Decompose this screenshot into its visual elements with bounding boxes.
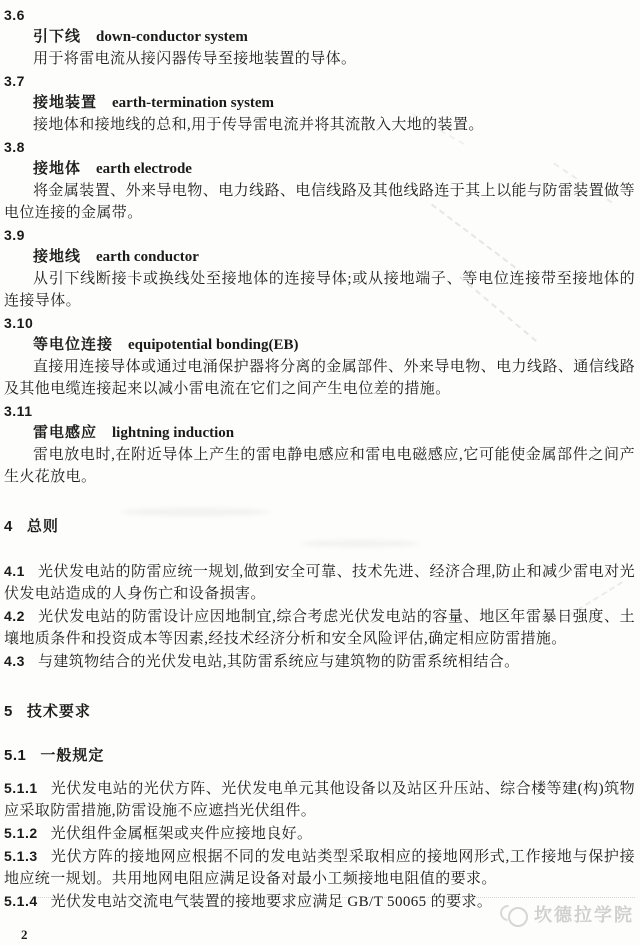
definition-number: 3.7 bbox=[4, 70, 635, 92]
section-heading: 4总则 bbox=[4, 516, 635, 538]
clause-number: 5.1.1 bbox=[4, 780, 38, 796]
scan-artifact-smudge bbox=[300, 540, 420, 547]
definition-block-3-8: 3.8 接地体earth electrode 将金属装置、外来导电物、电力线路、… bbox=[4, 136, 635, 224]
definition-number: 3.8 bbox=[4, 136, 635, 158]
term-english: earth-termination system bbox=[112, 95, 274, 111]
clause-4-3: 4.3与建筑物结合的光伏发电站,其防雷系统应与建筑物的防雷系统相结合。 bbox=[4, 650, 635, 673]
section-number: 4 bbox=[4, 518, 13, 535]
definition-number: 3.9 bbox=[4, 224, 635, 246]
clause-5-1-3: 5.1.3光伏方阵的接地网应根据不同的发电站类型采取相应的接地网形式,工作接地与… bbox=[4, 845, 635, 890]
term-english: equipotential bonding(EB) bbox=[128, 337, 298, 353]
section-title: 总则 bbox=[27, 518, 59, 535]
definition-description: 直接用连接导体或通过电涌保护器将分离的金属部件、外来导电物、电力线路、通信线路及… bbox=[4, 356, 635, 400]
clause-text: 光伏发电站的光伏方阵、光伏发电单元其他设备以及站区升压站、综合楼等建(构)筑物应… bbox=[4, 781, 635, 819]
clause-number: 4.2 bbox=[4, 608, 25, 624]
clause-4-1: 4.1光伏发电站的防雷应统一规划,做到安全可靠、技术先进、经济合理,防止和减少雷… bbox=[4, 560, 635, 605]
clause-5-1-1: 5.1.1光伏发电站的光伏方阵、光伏发电单元其他设备以及站区升压站、综合楼等建(… bbox=[4, 777, 635, 822]
clause-list: 5.1.1光伏发电站的光伏方阵、光伏发电单元其他设备以及站区升压站、综合楼等建(… bbox=[4, 777, 635, 913]
definition-block-3-10: 3.10 等电位连接equipotential bonding(EB) 直接用连… bbox=[4, 312, 635, 400]
section-heading: 5技术要求 bbox=[4, 701, 635, 723]
clause-number: 4.3 bbox=[4, 653, 25, 669]
definition-description: 接地体和接地线的总和,用于传导雷电流并将其流散入大地的装置。 bbox=[4, 114, 635, 136]
clause-text: 光伏方阵的接地网应根据不同的发电站类型采取相应的接地网形式,工作接地与保护接地应… bbox=[4, 849, 635, 887]
term-english: earth electrode bbox=[96, 161, 192, 177]
clause-text: 与建筑物结合的光伏发电站,其防雷系统应与建筑物的防雷系统相结合。 bbox=[38, 654, 520, 670]
definition-term-line: 接地装置earth-termination system bbox=[4, 92, 635, 114]
definition-term-line: 接地线earth conductor bbox=[4, 246, 635, 268]
term-chinese: 接地体 bbox=[33, 160, 81, 177]
page-number: 2 bbox=[21, 924, 28, 945]
section-technical-requirements: 5技术要求 5.1一般规定 5.1.1光伏发电站的光伏方阵、光伏发电单元其他设备… bbox=[4, 701, 635, 913]
definition-description: 用于将雷电流从接闪器传导至接地装置的导体。 bbox=[4, 48, 635, 70]
term-english: earth conductor bbox=[96, 249, 199, 265]
term-chinese: 等电位连接 bbox=[33, 336, 113, 353]
watermark-logo-icon bbox=[500, 903, 528, 927]
subsection-title: 一般规定 bbox=[40, 747, 104, 764]
definition-block-3-11: 3.11 雷电感应lightning induction 雷电放电时,在附近导体… bbox=[4, 400, 635, 488]
definition-description: 从引下线断接卡或换线处至接地体的连接导体;或从接地端子、等电位连接带至接地体的连… bbox=[4, 268, 635, 312]
definition-description: 将金属装置、外来导电物、电力线路、电信线路及其他线路连于其上以能与防雷装置做等电… bbox=[4, 180, 635, 224]
definition-number: 3.11 bbox=[4, 400, 635, 422]
definition-description: 雷电放电时,在附近导体上产生的雷电静电感应和雷电电磁感应,它可能使金属部件之间产… bbox=[4, 444, 635, 488]
clause-5-1-2: 5.1.2光伏组件金属框架或夹件应接地良好。 bbox=[4, 822, 635, 845]
term-chinese: 引下线 bbox=[33, 28, 81, 45]
definition-block-3-6: 3.6 引下线down-conductor system 用于将雷电流从接闪器传… bbox=[4, 4, 635, 70]
subsection-heading: 5.1一般规定 bbox=[4, 745, 635, 767]
clause-4-2: 4.2光伏发电站的防雷设计应因地制宜,综合考虑光伏发电站的容量、地区年雷暴日强度… bbox=[4, 605, 635, 650]
clause-number: 5.1.3 bbox=[4, 848, 38, 864]
definition-term-line: 等电位连接equipotential bonding(EB) bbox=[4, 334, 635, 356]
section-general-provisions: 4总则 4.1光伏发电站的防雷应统一规划,做到安全可靠、技术先进、经济合理,防止… bbox=[4, 516, 635, 673]
definitions-section: 3.6 引下线down-conductor system 用于将雷电流从接闪器传… bbox=[4, 4, 635, 488]
definition-term-line: 接地体earth electrode bbox=[4, 158, 635, 180]
term-chinese: 接地线 bbox=[33, 248, 81, 265]
subsection-number: 5.1 bbox=[4, 747, 26, 764]
clause-number: 4.1 bbox=[4, 563, 25, 579]
clause-text: 光伏组件金属框架或夹件应接地良好。 bbox=[51, 826, 313, 842]
section-number: 5 bbox=[4, 703, 13, 720]
section-title: 技术要求 bbox=[27, 703, 91, 720]
definition-number: 3.6 bbox=[4, 4, 635, 26]
term-english: lightning induction bbox=[112, 425, 234, 441]
term-chinese: 雷电感应 bbox=[33, 424, 97, 441]
definition-number: 3.10 bbox=[4, 312, 635, 334]
definition-term-line: 引下线down-conductor system bbox=[4, 26, 635, 48]
term-english: down-conductor system bbox=[96, 29, 248, 45]
definition-term-line: 雷电感应lightning induction bbox=[4, 422, 635, 444]
clause-text: 光伏发电站的防雷应统一规划,做到安全可靠、技术先进、经济合理,防止和减少雷电对光… bbox=[4, 564, 635, 602]
clause-number: 5.1.2 bbox=[4, 825, 38, 841]
watermark: 坎德拉学院 bbox=[500, 903, 634, 927]
definition-block-3-9: 3.9 接地线earth conductor 从引下线断接卡或换线处至接地体的连… bbox=[4, 224, 635, 312]
term-chinese: 接地装置 bbox=[33, 94, 97, 111]
clause-list: 4.1光伏发电站的防雷应统一规划,做到安全可靠、技术先进、经济合理,防止和减少雷… bbox=[4, 560, 635, 673]
watermark-text: 坎德拉学院 bbox=[534, 904, 634, 926]
scan-artifact-dotted-line bbox=[30, 897, 635, 898]
scan-artifact-smudge bbox=[120, 508, 270, 516]
definition-block-3-7: 3.7 接地装置earth-termination system 接地体和接地线… bbox=[4, 70, 635, 136]
clause-text: 光伏发电站的防雷设计应因地制宜,综合考虑光伏发电站的容量、地区年雷暴日强度、土壤… bbox=[4, 609, 635, 647]
clause-number: 5.1.4 bbox=[4, 893, 38, 909]
scanned-standard-page: 3.6 引下线down-conductor system 用于将雷电流从接闪器传… bbox=[0, 0, 640, 945]
